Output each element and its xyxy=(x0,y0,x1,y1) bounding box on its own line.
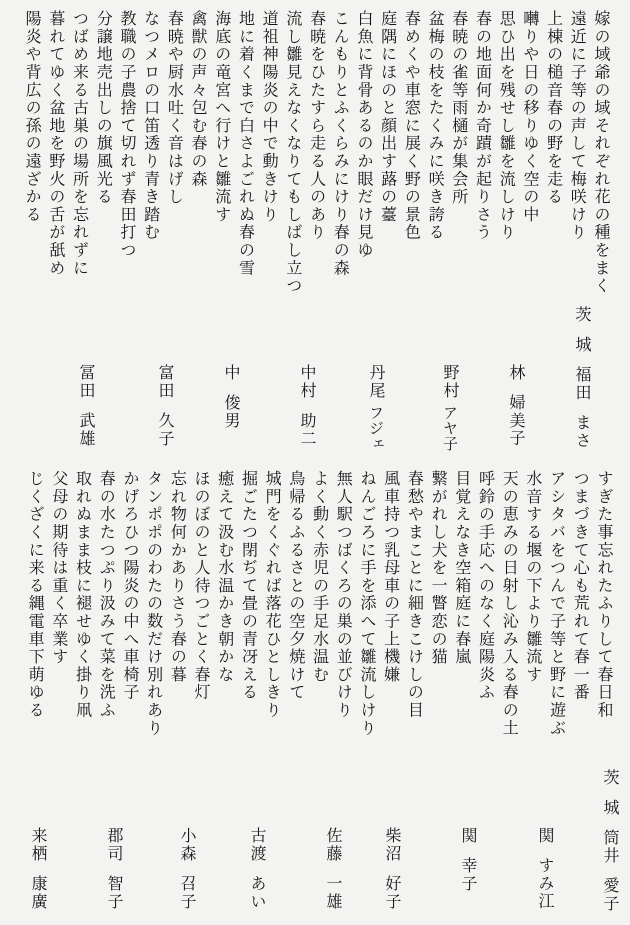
author-family-name: 林 xyxy=(507,364,524,382)
author-name: 古渡あい xyxy=(245,827,267,910)
haiku-column: 陽炎や背広の孫の遠ざかる xyxy=(19,10,43,350)
author-name: 茨城福田まさ xyxy=(570,306,592,449)
author-name: 中俊男 xyxy=(219,364,241,429)
haiku-column: かげろひつ陽炎の中へ車椅子 xyxy=(117,470,141,810)
haiku-column: 遠近に子等の声して梅咲けり xyxy=(565,10,589,350)
author-family-name: 福田 xyxy=(573,366,590,402)
author-name: 茨城筒井愛子 xyxy=(598,769,620,912)
haiku-journal-page: 嫁の域爺の域それぞれ花の種をまく 遠近に子等の声して梅咲けり 上棟の槌音春の野を… xyxy=(0,0,630,925)
haiku-column: じくざくに来る縄電車下萌ゆる xyxy=(22,470,46,810)
author-given-name: あい xyxy=(248,875,265,911)
author-given-name: 武雄 xyxy=(77,412,94,448)
haiku-column: こんもりとふくらみにけり春の森 xyxy=(328,10,352,350)
author-given-name: 召子 xyxy=(178,875,195,911)
bottom-poem-columns: すぎた事忘れたふりして春日和 つまづきて心も荒れて春一番 アシタバをつんで子等と… xyxy=(22,470,615,810)
haiku-column: 春暁の雀等雨樋が集会所 xyxy=(446,10,470,350)
haiku-column: 禽獣の声々包む春の森 xyxy=(185,10,209,350)
haiku-column: 道祖神陽炎の中で動きけり xyxy=(256,10,280,350)
haiku-column: 取れぬまま枝に褪せゆく掛り凧 xyxy=(70,470,94,810)
haiku-column: 癒えて汲む水温かき朝かな xyxy=(212,470,236,810)
author-family-name: 野村 xyxy=(441,364,458,400)
author-given-name: フジェ xyxy=(367,405,383,451)
haiku-column: 春暁をひたすら走る人のあり xyxy=(304,10,328,350)
haiku-column: 春の地面何か奇蹟が起りさう xyxy=(470,10,494,350)
haiku-column: 盆梅の枝をたくみに咲き誇る xyxy=(422,10,446,350)
haiku-column: 教職の子農捨て切れず春田打つ xyxy=(114,10,138,350)
author-given-name: 婦美子 xyxy=(507,394,524,447)
haiku-column: 忘れ物何かありさう春の暮 xyxy=(165,470,189,810)
author-given-name: 愛子 xyxy=(601,877,618,913)
haiku-column: 水音する堰の下より雛流す xyxy=(520,470,544,810)
author-name: 丹尾フジェ xyxy=(364,364,386,451)
haiku-column: 春暁や厨水吐く音はげし xyxy=(162,10,186,350)
author-name: 野村アヤ子 xyxy=(438,364,460,451)
haiku-column: ほのぼのと人待つごとく春灯 xyxy=(188,470,212,810)
author-given-name: アヤ子 xyxy=(441,405,457,451)
author-family-name: 丹尾 xyxy=(367,364,384,400)
haiku-column: 白魚に背骨あるのか眼だけ見ゆ xyxy=(351,10,375,350)
haiku-column: 海底の竜宮へ行けと雛流す xyxy=(209,10,233,350)
haiku-column: 天の恵みの日射し沁み入る春の土 xyxy=(496,470,520,810)
author-family-name: 中 xyxy=(222,364,239,382)
author-given-name: 幸子 xyxy=(459,857,476,893)
author-name: 中村助二 xyxy=(295,364,317,447)
author-family-name: 佐藤 xyxy=(324,827,341,863)
author-family-name: 中村 xyxy=(298,364,315,400)
haiku-column: 春愁やまことに細きこけしの目 xyxy=(402,470,426,810)
haiku-column: なつメロの口笛透り青き踏む xyxy=(138,10,162,350)
author-family-name: 小森 xyxy=(178,827,195,863)
haiku-column: 春の水たつぷり汲みて菜を洗ふ xyxy=(94,470,118,810)
haiku-column: 無人駅つばくろの巣の並びけり xyxy=(331,470,355,810)
author-family-name: 来栖 xyxy=(29,827,46,863)
haiku-column: 父母の期待は重く卒業す xyxy=(46,470,70,810)
author-family-name: 関 xyxy=(459,827,476,845)
prefecture-label: 茨城 xyxy=(601,769,618,829)
haiku-column: 思ひ出を残せし雛を流しけり xyxy=(493,10,517,350)
top-poem-columns: 嫁の域爺の域それぞれ花の種をまく 遠近に子等の声して梅咲けり 上棟の槌音春の野を… xyxy=(19,10,612,350)
prefecture-label: 茨城 xyxy=(573,306,590,366)
haiku-column: 掘ごたつ閉ぢて畳の青冴える xyxy=(236,470,260,810)
author-given-name: まさ xyxy=(573,414,590,450)
author-name: 来栖康廣 xyxy=(26,827,48,910)
author-given-name: 助二 xyxy=(298,412,315,448)
author-name: 林婦美子 xyxy=(504,364,526,447)
author-family-name: 郡司 xyxy=(105,827,122,863)
author-family-name: 冨田 xyxy=(77,364,94,400)
haiku-column: 流し雛見えなくなりてもしばし立つ xyxy=(280,10,304,350)
haiku-column: 繋がれし犬を一瞥恋の猫 xyxy=(425,470,449,810)
author-given-name: 智子 xyxy=(105,875,122,911)
haiku-column: ねんごろに手を添へて雛流しけり xyxy=(354,470,378,810)
haiku-column: アシタバをつんで子等と野に遊ぶ xyxy=(544,470,568,810)
author-given-name: 一雄 xyxy=(324,875,341,911)
author-name: 冨田武雄 xyxy=(74,364,96,447)
haiku-column: 地に着くまで白さよごれぬ春の雪 xyxy=(233,10,257,350)
author-name: 関幸子 xyxy=(456,827,478,892)
author-name: 関すみ江 xyxy=(533,827,555,910)
haiku-column: 庭隅にほのと顔出す蕗の薹 xyxy=(375,10,399,350)
haiku-column: すぎた事忘れたふりして春日和 xyxy=(591,470,615,810)
author-family-name: 富田 xyxy=(156,364,173,400)
author-name: 佐藤一雄 xyxy=(321,827,343,910)
author-name: 富田久子 xyxy=(153,364,175,447)
haiku-column: 目覚えなき空箱庭に春嵐 xyxy=(449,470,473,810)
author-family-name: 柴沼 xyxy=(383,827,400,863)
haiku-column: タンポポのわたの数だけ別れあり xyxy=(141,470,165,810)
haiku-column: 風車持つ乳母車の子上機嫌 xyxy=(378,470,402,810)
author-given-name: 康廣 xyxy=(29,875,46,911)
haiku-column: 春めくや車窓に展く野の景色 xyxy=(399,10,423,350)
author-given-name: すみ江 xyxy=(536,857,553,910)
haiku-column: 分譲地売出しの旗風光る xyxy=(91,10,115,350)
author-family-name: 筒井 xyxy=(601,829,618,865)
haiku-column: よく動く赤児の手足水温む xyxy=(307,470,331,810)
haiku-column: つばめ来る古巣の場所を忘れずに xyxy=(67,10,91,350)
haiku-column: 上棟の槌音春の野を走る xyxy=(541,10,565,350)
haiku-column: 嫁の域爺の域それぞれ花の種をまく xyxy=(588,10,612,350)
author-family-name: 古渡 xyxy=(248,827,265,863)
haiku-column: つまづきて心も荒れて春一番 xyxy=(568,470,592,810)
author-given-name: 俊男 xyxy=(222,394,239,430)
author-given-name: 久子 xyxy=(156,412,173,448)
haiku-column: 暮れてゆく盆地を野火の舌が舐め xyxy=(43,10,67,350)
bottom-author-names-row: 茨城筒井愛子 関すみ江 関幸子 柴沼好子 佐藤一雄 古渡あい 小森召子 郡司智子… xyxy=(0,827,630,922)
author-given-name: 好子 xyxy=(383,875,400,911)
author-family-name: 関 xyxy=(536,827,553,845)
author-name: 柴沼好子 xyxy=(380,827,402,910)
haiku-column: 鳥帰るふるさとの空夕焼けて xyxy=(283,470,307,810)
author-name: 小森召子 xyxy=(175,827,197,910)
haiku-column: 城門をくぐれば落花ひとしきり xyxy=(259,470,283,810)
haiku-column: 囀りや日の移りゆく空の中 xyxy=(517,10,541,350)
haiku-column: 呼鈴の手応へのなく庭陽炎ふ xyxy=(473,470,497,810)
top-author-names-row: 茨城福田まさ 林婦美子 野村アヤ子 丹尾フジェ 中村助二 中俊男 富田久子 冨田… xyxy=(0,364,630,459)
author-name: 郡司智子 xyxy=(102,827,124,910)
